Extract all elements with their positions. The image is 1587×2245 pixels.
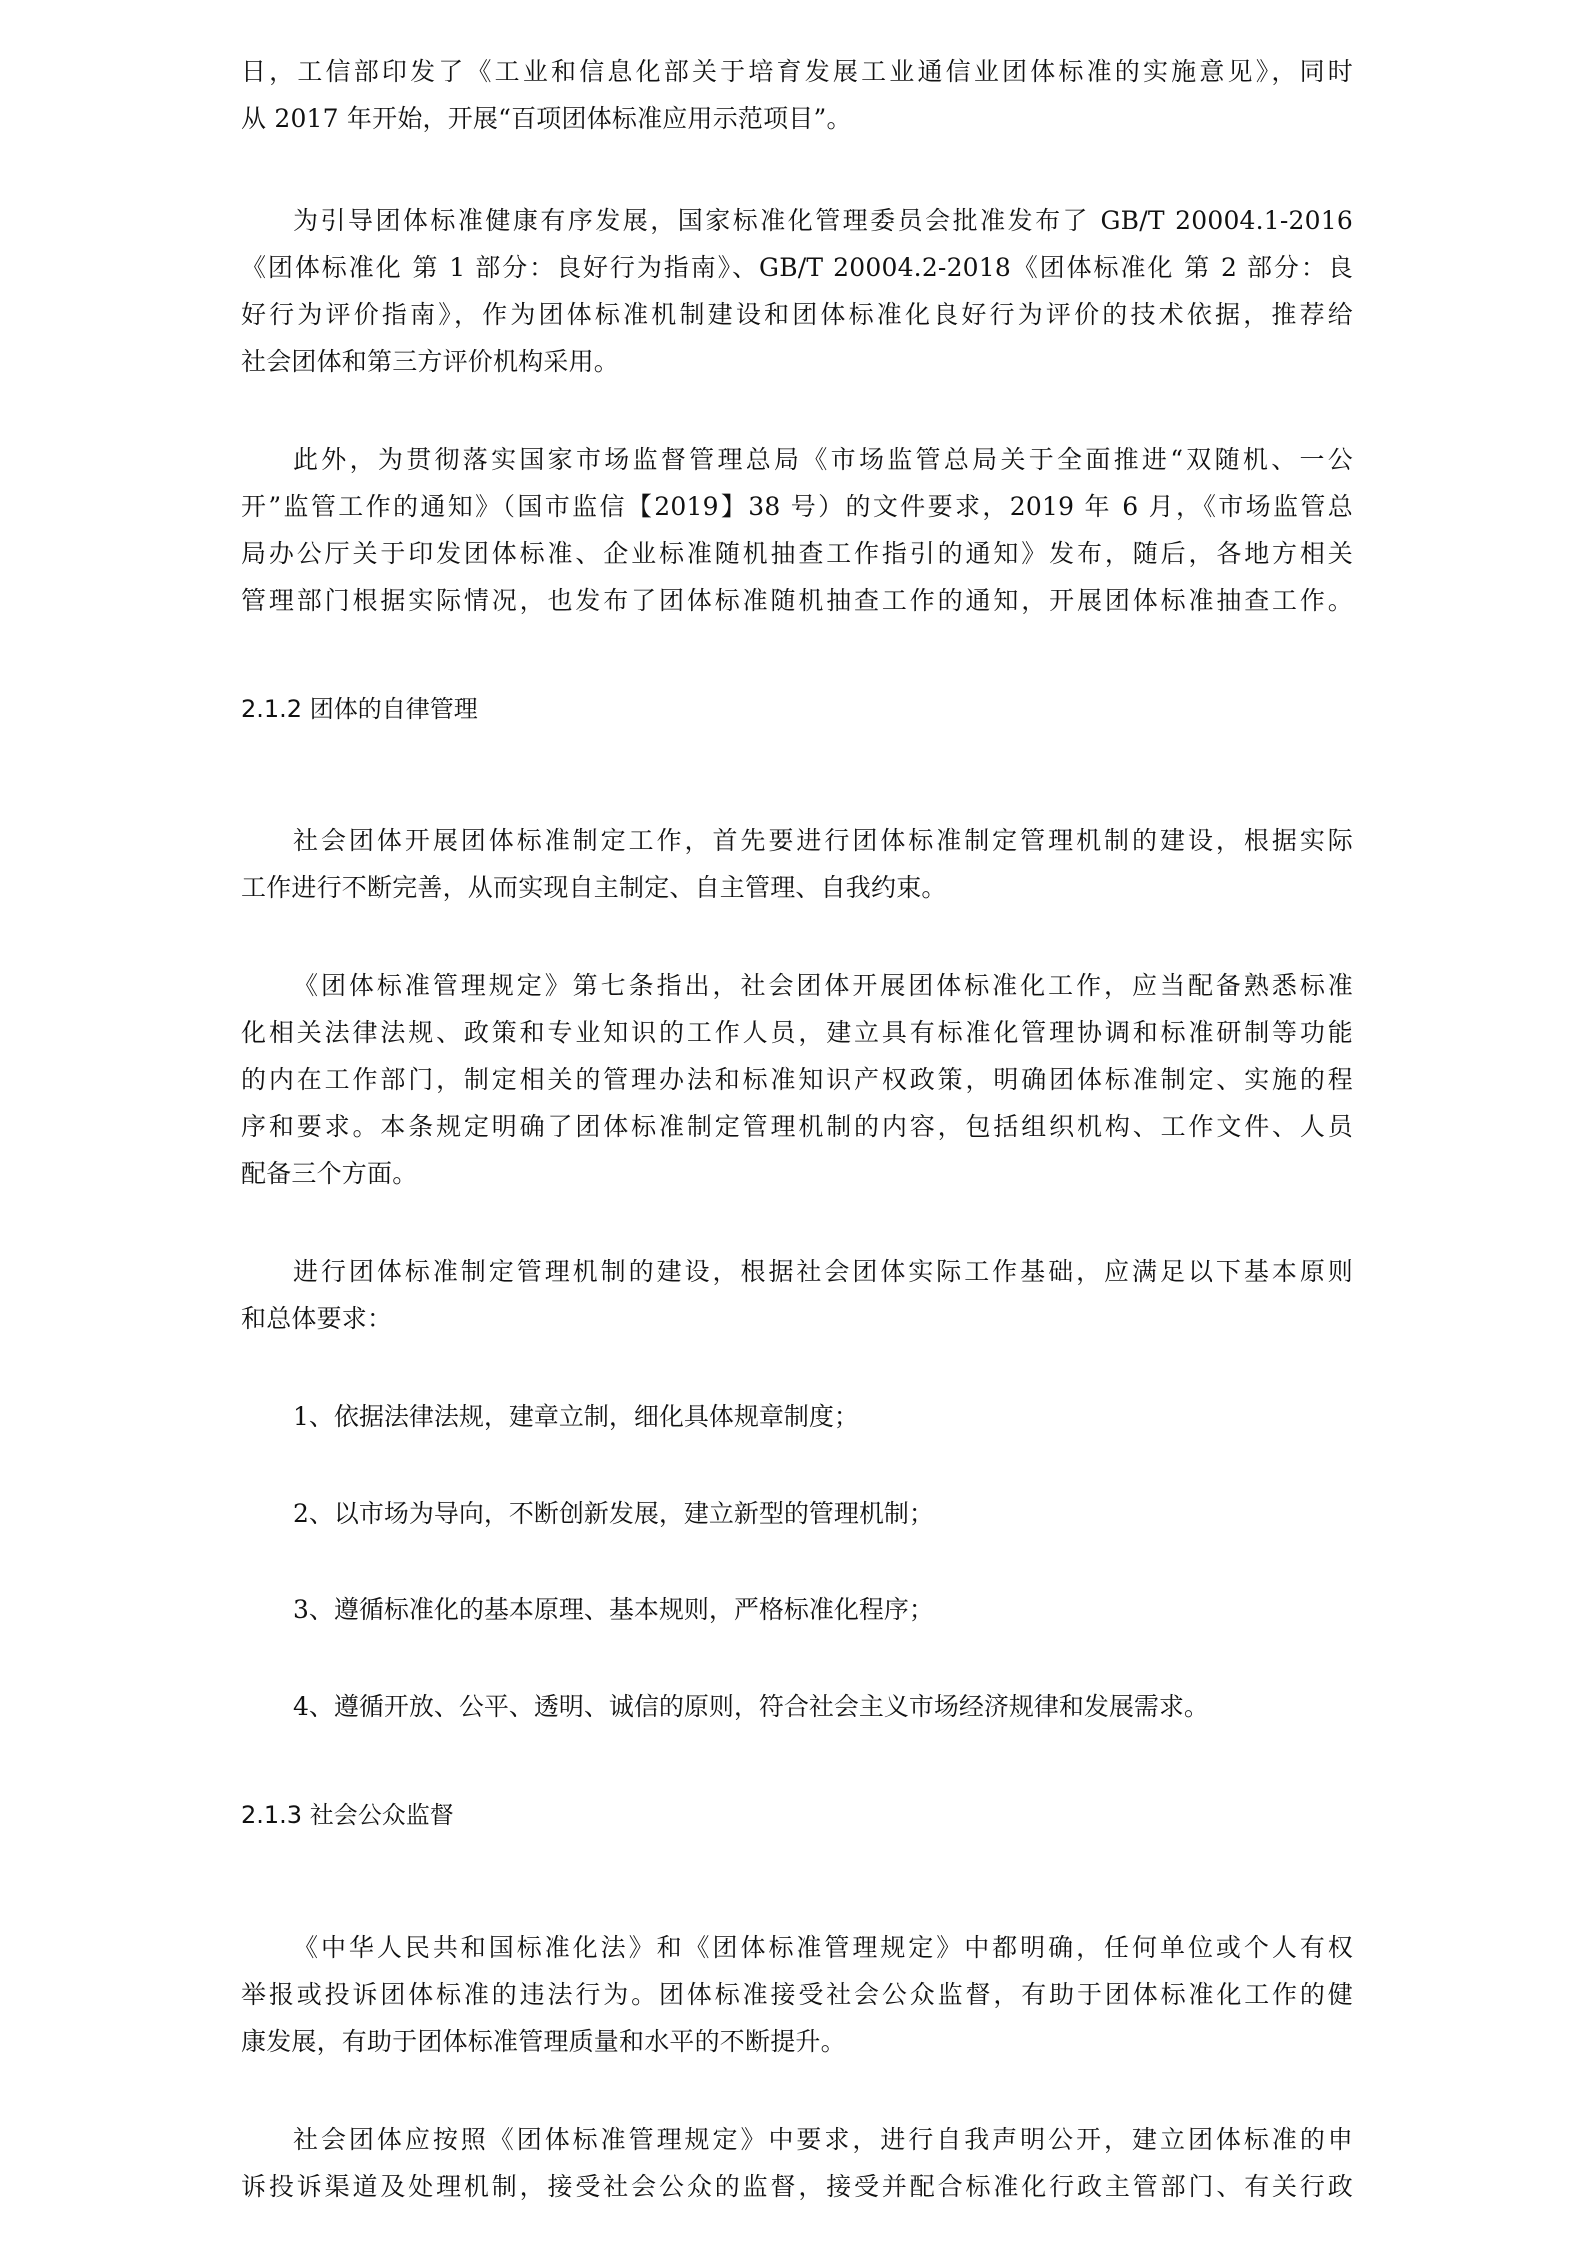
text-line: 管理部门根据实际情况，也发布了团体标准随机抽查工作的通知，开展团体标准抽查工作。 bbox=[241, 585, 1353, 617]
text-line: 和总体要求： bbox=[241, 1303, 1353, 1335]
text-line: 的内在工作部门，制定相关的管理办法和标准知识产权政策，明确团体标准制定、实施的程 bbox=[241, 1064, 1353, 1096]
text-line: 社会团体应按照《团体标准管理规定》中要求，进行自我声明公开，建立团体标准的申 bbox=[241, 2124, 1353, 2156]
text-line: 《团体标准化 第 1 部分：良好行为指南》、GB/T 20004.2-2018《… bbox=[241, 252, 1353, 284]
text-line: 社会团体开展团体标准制定工作，首先要进行团体标准制定管理机制的建设，根据实际 bbox=[241, 825, 1353, 857]
text-line: 诉投诉渠道及处理机制，接受社会公众的监督，接受并配合标准化行政主管部门、有关行政 bbox=[241, 2171, 1353, 2203]
text-line: 从 2017 年开始，开展“百项团体标准应用示范项目”。 bbox=[241, 103, 1353, 135]
list-item: 4、遵循开放、公平、透明、诚信的原则，符合社会主义市场经济规律和发展需求。 bbox=[293, 1691, 1209, 1723]
text-line: 为引导团体标准健康有序发展，国家标准化管理委员会批准发布了 GB/T 20004… bbox=[241, 205, 1353, 237]
text-line: 《中华人民共和国标准化法》和《团体标准管理规定》中都明确，任何单位或个人有权 bbox=[241, 1932, 1353, 1964]
text-line: 化相关法律法规、政策和专业知识的工作人员，建立具有标准化管理协调和标准研制等功能 bbox=[241, 1017, 1353, 1049]
text-line: 进行团体标准制定管理机制的建设，根据社会团体实际工作基础，应满足以下基本原则 bbox=[241, 1256, 1353, 1288]
text-line: 配备三个方面。 bbox=[241, 1158, 1353, 1190]
text-line: 局办公厅关于印发团体标准、企业标准随机抽查工作指引的通知》发布，随后，各地方相关 bbox=[241, 538, 1353, 570]
text-line: 开”监管工作的通知》（国市监信【2019】38 号）的文件要求，2019 年 6… bbox=[241, 491, 1353, 523]
section-heading-2-1-2: 2.1.2 团体的自律管理 bbox=[241, 693, 478, 725]
list-item: 2、以市场为导向，不断创新发展，建立新型的管理机制； bbox=[293, 1498, 934, 1530]
text-line: 工作进行不断完善，从而实现自主制定、自主管理、自我约束。 bbox=[241, 872, 1353, 904]
text-line: 康发展，有助于团体标准管理质量和水平的不断提升。 bbox=[241, 2026, 1353, 2058]
text-line: 举报或投诉团体标准的违法行为。团体标准接受社会公众监督，有助于团体标准化工作的健 bbox=[241, 1979, 1353, 2011]
text-line: 日，工信部印发了《工业和信息化部关于培育发展工业通信业团体标准的实施意见》，同时 bbox=[241, 56, 1353, 88]
list-item: 3、遵循标准化的基本原理、基本规则，严格标准化程序； bbox=[293, 1594, 934, 1626]
section-heading-2-1-3: 2.1.3 社会公众监督 bbox=[241, 1799, 454, 1831]
text-line: 《团体标准管理规定》第七条指出，社会团体开展团体标准化工作，应当配备熟悉标准 bbox=[241, 970, 1353, 1002]
text-line: 社会团体和第三方评价机构采用。 bbox=[241, 346, 1353, 378]
text-line: 此外，为贯彻落实国家市场监督管理总局《市场监管总局关于全面推进“双随机、一公 bbox=[241, 444, 1353, 476]
text-line: 好行为评价指南》，作为团体标准机制建设和团体标准化良好行为评价的技术依据，推荐给 bbox=[241, 299, 1353, 331]
list-item: 1、依据法律法规，建章立制，细化具体规章制度； bbox=[293, 1401, 859, 1433]
text-line: 序和要求。本条规定明确了团体标准制定管理机制的内容，包括组织机构、工作文件、人员 bbox=[241, 1111, 1353, 1143]
